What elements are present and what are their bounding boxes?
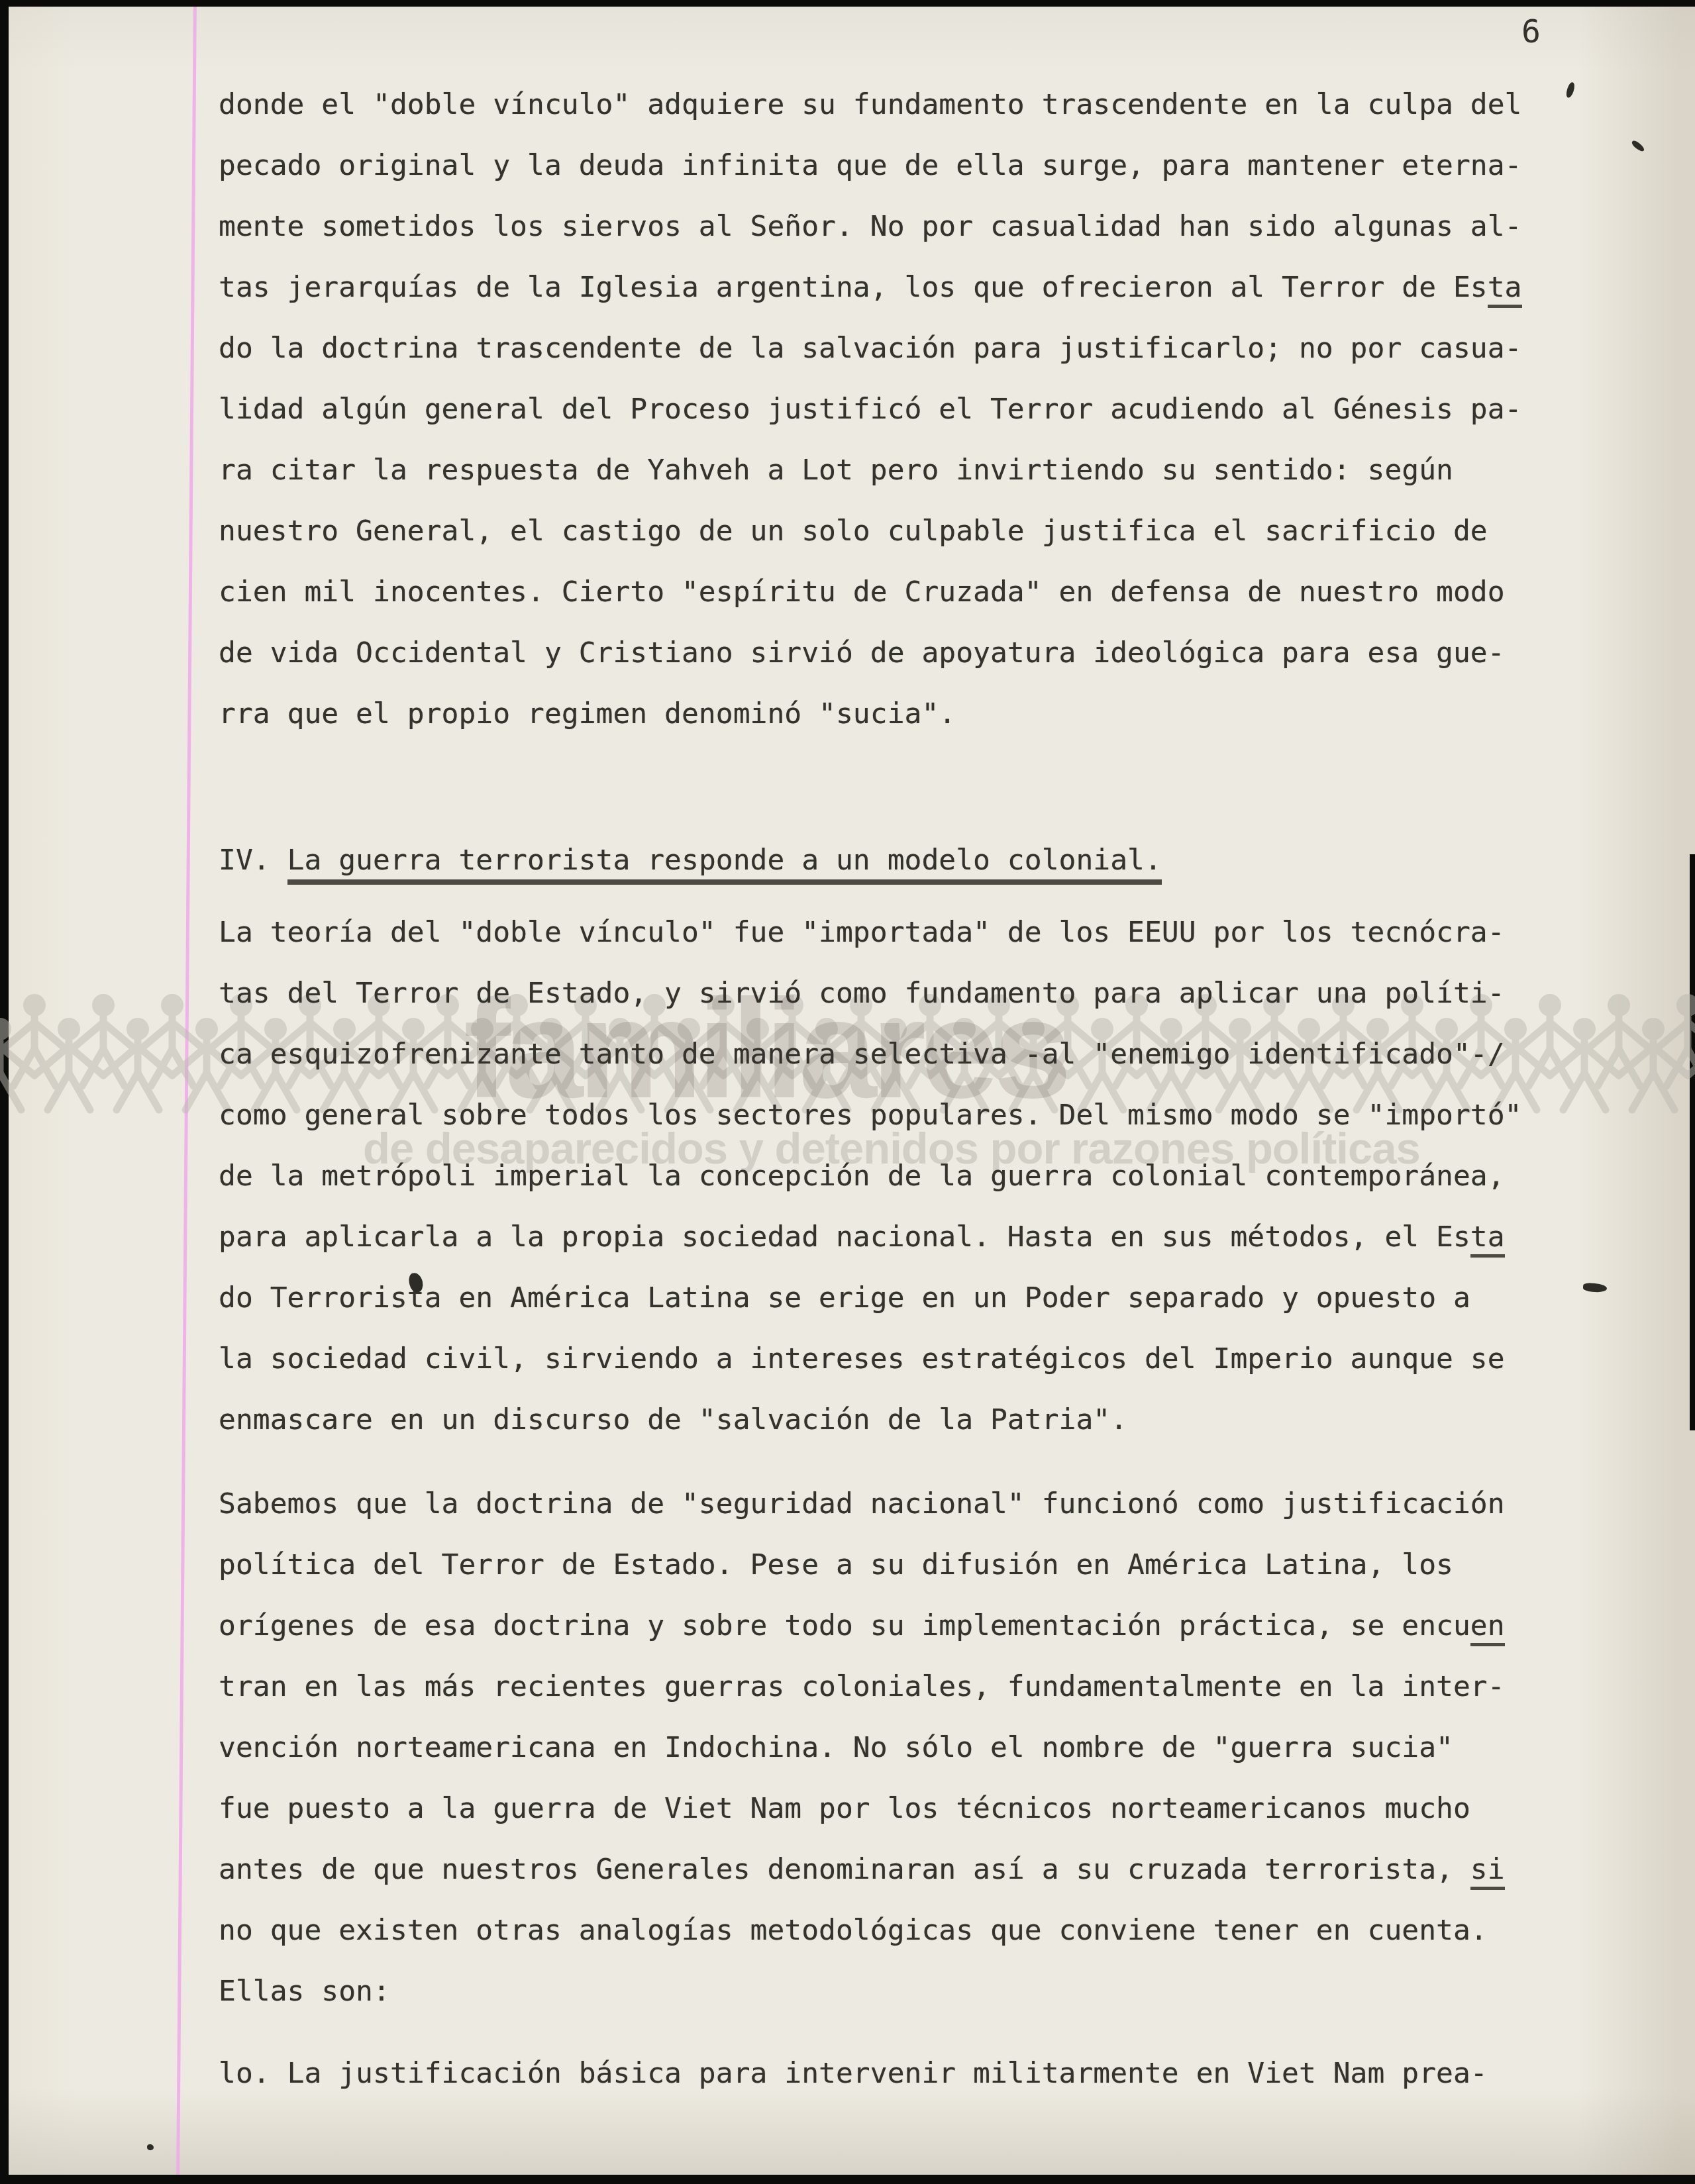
text-line: lo. La justificación básica para interve…: [219, 2043, 1583, 2104]
text-line: fue puesto a la guerra de Viet Nam por l…: [219, 1778, 1583, 1839]
text-line: como general sobre todos los sectores po…: [219, 1085, 1583, 1146]
scan-edge-right: [1690, 854, 1695, 1430]
text-segment: de la metrópoli imperial la concepción d…: [219, 1160, 1505, 1193]
text-segment: si: [1470, 1853, 1505, 1890]
text-line: cien mil inocentes. Cierto "espíritu de …: [219, 562, 1583, 622]
text-segment: ta: [1470, 1220, 1505, 1258]
text-segment: ta: [1488, 271, 1522, 308]
text-line: no que existen otras analogías metodológ…: [219, 1900, 1583, 1961]
text-line: nuestro General, el castigo de un solo c…: [219, 501, 1583, 562]
text-segment: fue puesto a la guerra de Viet Nam por l…: [219, 1792, 1470, 1825]
text-line: donde el "doble vínculo" adquiere su fun…: [219, 74, 1583, 135]
text-segment: donde el "doble vínculo" adquiere su fun…: [219, 88, 1522, 121]
text-segment: enmascare en un discurso de "salvación d…: [219, 1403, 1127, 1436]
document-text: donde el "doble vínculo" adquiere su fun…: [219, 74, 1583, 2104]
text-segment: ca esquizofrenizante tanto de manera sel…: [219, 1038, 1505, 1071]
text-segment: mente sometidos los siervos al Señor. No…: [219, 210, 1522, 243]
paragraph: donde el "doble vínculo" adquiere su fun…: [219, 74, 1583, 744]
text-line: enmascare en un discurso de "salvación d…: [219, 1389, 1583, 1450]
text-line: Sabemos que la doctrina de "seguridad na…: [219, 1473, 1583, 1534]
text-segment: Ellas son:: [219, 1975, 390, 2008]
text-segment: tran en las más recientes guerras coloni…: [219, 1670, 1505, 1703]
text-segment: La teoría del "doble vínculo" fue "impor…: [219, 916, 1505, 949]
text-line: pecado original y la deuda infinita que …: [219, 135, 1583, 196]
text-segment: nuestro General, el castigo de un solo c…: [219, 515, 1488, 548]
text-line: política del Terror de Estado. Pese a su…: [219, 1534, 1583, 1595]
text-line: lidad algún general del Proceso justific…: [219, 379, 1583, 440]
page-number: 6: [1521, 13, 1541, 50]
text-segment: rra que el propio regimen denominó "suci…: [219, 697, 956, 730]
text-segment: tas jerarquías de la Iglesia argentina, …: [219, 271, 1488, 304]
text-segment: pecado original y la deuda infinita que …: [219, 149, 1522, 182]
paragraph: La teoría del "doble vínculo" fue "impor…: [219, 902, 1583, 1450]
text-segment: lo. La justificación básica para interve…: [219, 2057, 1488, 2090]
text-segment: de vida Occidental y Cristiano sirvió de…: [219, 636, 1505, 670]
text-segment: ra citar la respuesta de Yahveh a Lot pe…: [219, 454, 1453, 487]
text-line: rra que el propio regimen denominó "suci…: [219, 683, 1583, 744]
text-line: de la metrópoli imperial la concepción d…: [219, 1146, 1583, 1207]
heading-prefix: IV.: [219, 844, 287, 877]
paragraph: Sabemos que la doctrina de "seguridad na…: [219, 1473, 1583, 2022]
text-segment: vención norteamericana en Indochina. No …: [219, 1731, 1453, 1764]
text-line: antes de que nuestros Generales denomina…: [219, 1839, 1583, 1900]
text-line: tas del Terror de Estado, y sirvió como …: [219, 963, 1583, 1024]
text-line: la sociedad civil, sirviendo a intereses…: [219, 1328, 1583, 1389]
text-segment: lidad algún general del Proceso justific…: [219, 393, 1522, 426]
text-segment: política del Terror de Estado. Pese a su…: [219, 1548, 1453, 1581]
text-line: vención norteamericana en Indochina. No …: [219, 1717, 1583, 1778]
text-segment: La guerra terrorista responde a un model…: [287, 844, 1162, 885]
text-line: do la doctrina trascendente de la salvac…: [219, 318, 1583, 379]
section-heading: IV. La guerra terrorista responde a un m…: [219, 830, 1583, 891]
text-segment: Sabemos que la doctrina de "seguridad na…: [219, 1487, 1505, 1520]
text-line: tran en las más recientes guerras coloni…: [219, 1656, 1583, 1717]
text-segment: antes de que nuestros Generales denomina…: [219, 1853, 1470, 1886]
text-segment: do la doctrina trascendente de la salvac…: [219, 332, 1522, 365]
text-line: ra citar la respuesta de Yahveh a Lot pe…: [219, 440, 1583, 501]
scanned-document-screenshot: { "document": { "page_number": "6", "wat…: [0, 0, 1695, 2184]
text-segment: tas del Terror de Estado, y sirvió como …: [219, 977, 1505, 1010]
text-segment: cien mil inocentes. Cierto "espíritu de …: [219, 575, 1505, 609]
text-segment: en: [1470, 1609, 1505, 1646]
text-line: Ellas son:: [219, 1961, 1583, 2022]
text-line: do Terrorista en América Latina se erige…: [219, 1267, 1583, 1328]
text-segment: no que existen otras analogías metodológ…: [219, 1914, 1488, 1947]
paragraph: lo. La justificación básica para interve…: [219, 2043, 1583, 2104]
text-segment: como general sobre todos los sectores po…: [219, 1099, 1522, 1132]
text-line: orígenes de esa doctrina y sobre todo su…: [219, 1595, 1583, 1656]
text-line: de vida Occidental y Cristiano sirvió de…: [219, 622, 1583, 683]
text-line: mente sometidos los siervos al Señor. No…: [219, 196, 1583, 257]
text-line: La teoría del "doble vínculo" fue "impor…: [219, 902, 1583, 963]
text-segment: la sociedad civil, sirviendo a intereses…: [219, 1342, 1505, 1375]
text-line: para aplicarla a la propia sociedad naci…: [219, 1207, 1583, 1267]
text-segment: orígenes de esa doctrina y sobre todo su…: [219, 1609, 1470, 1642]
text-line: ca esquizofrenizante tanto de manera sel…: [219, 1024, 1583, 1085]
heading-line: IV. La guerra terrorista responde a un m…: [219, 830, 1583, 891]
text-line: tas jerarquías de la Iglesia argentina, …: [219, 257, 1583, 318]
text-segment: para aplicarla a la propia sociedad naci…: [219, 1220, 1470, 1254]
text-segment: do Terrorista en América Latina se erige…: [219, 1281, 1470, 1315]
ink-artifact: [147, 2144, 154, 2150]
